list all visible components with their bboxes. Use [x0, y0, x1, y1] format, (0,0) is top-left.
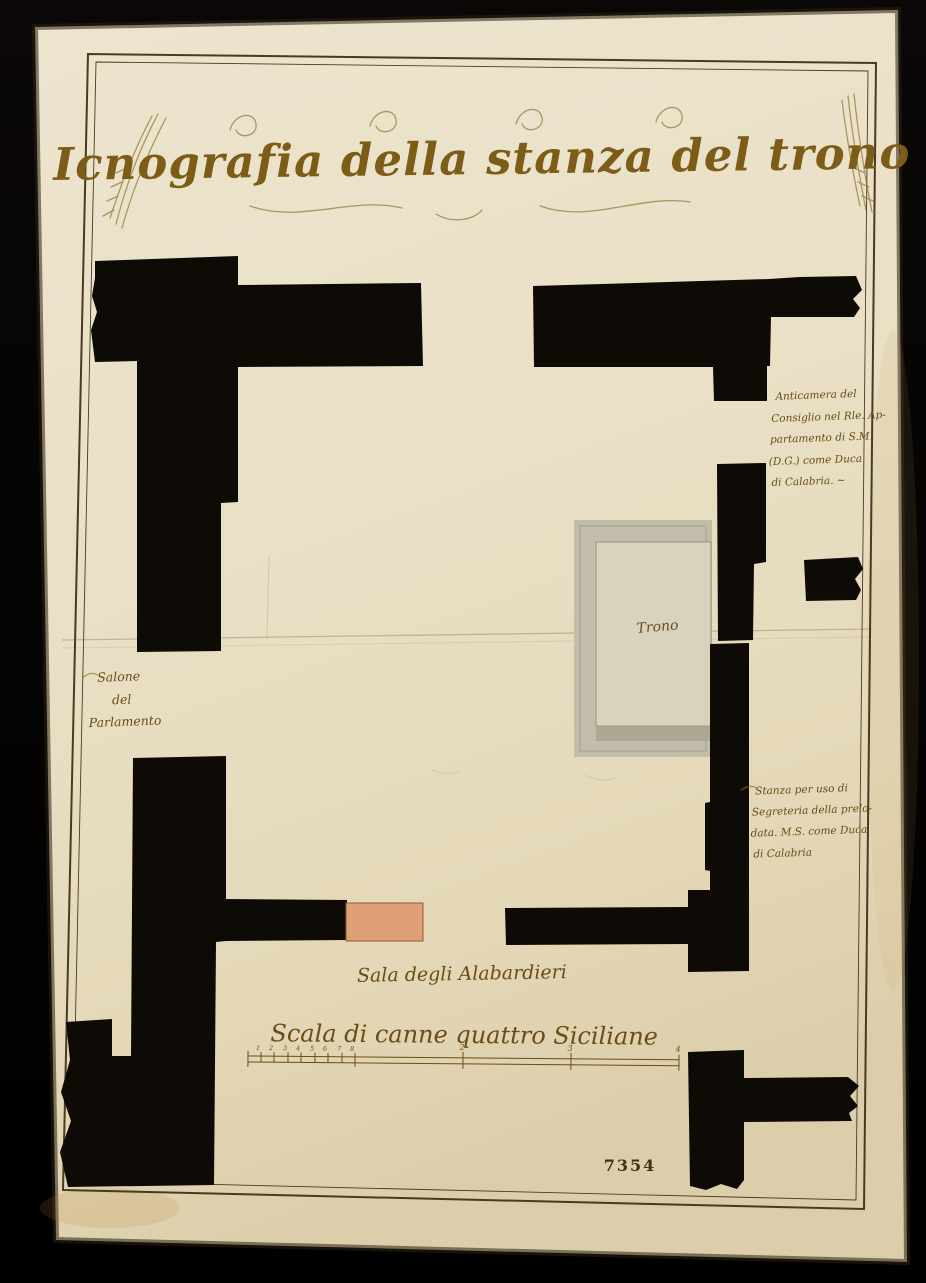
label-salone-line1: Salone [97, 668, 140, 684]
throne-dais-shadow [596, 726, 711, 741]
throne-dais: Trono [574, 520, 712, 757]
inventory-number: 7354 [604, 1156, 657, 1175]
scale-digit-major: 3 [567, 1044, 572, 1053]
doorway-highlight [346, 903, 423, 941]
label-segreteria-line4: di Calabria [753, 847, 812, 861]
scale-digit-major: 2 [458, 1043, 464, 1052]
scale-digit: 1 [256, 1044, 260, 1052]
stain-right-edge [867, 330, 919, 990]
wall-east-fragment [804, 557, 863, 601]
scale-digit: 4 [295, 1044, 300, 1052]
scale-digit: 5 [310, 1045, 314, 1053]
label-salone-line3: Parlamento [88, 713, 162, 731]
plan-canvas: Icnografia della stanza del trono Trono … [0, 0, 926, 1283]
label-salone-line2: del [112, 692, 132, 708]
scale-digit: 8 [350, 1045, 354, 1053]
scale-digit: 6 [323, 1045, 327, 1053]
label-sala-alabardieri: Sala degli Alabardieri [357, 961, 567, 987]
stain-bottom-left [40, 1188, 180, 1228]
scale-digit: 2 [268, 1044, 273, 1052]
scale-digit: 3 [283, 1044, 287, 1052]
photographed-plan: Icnografia della stanza del trono Trono … [0, 0, 926, 1283]
scale-digit-major: 4 [674, 1045, 680, 1054]
